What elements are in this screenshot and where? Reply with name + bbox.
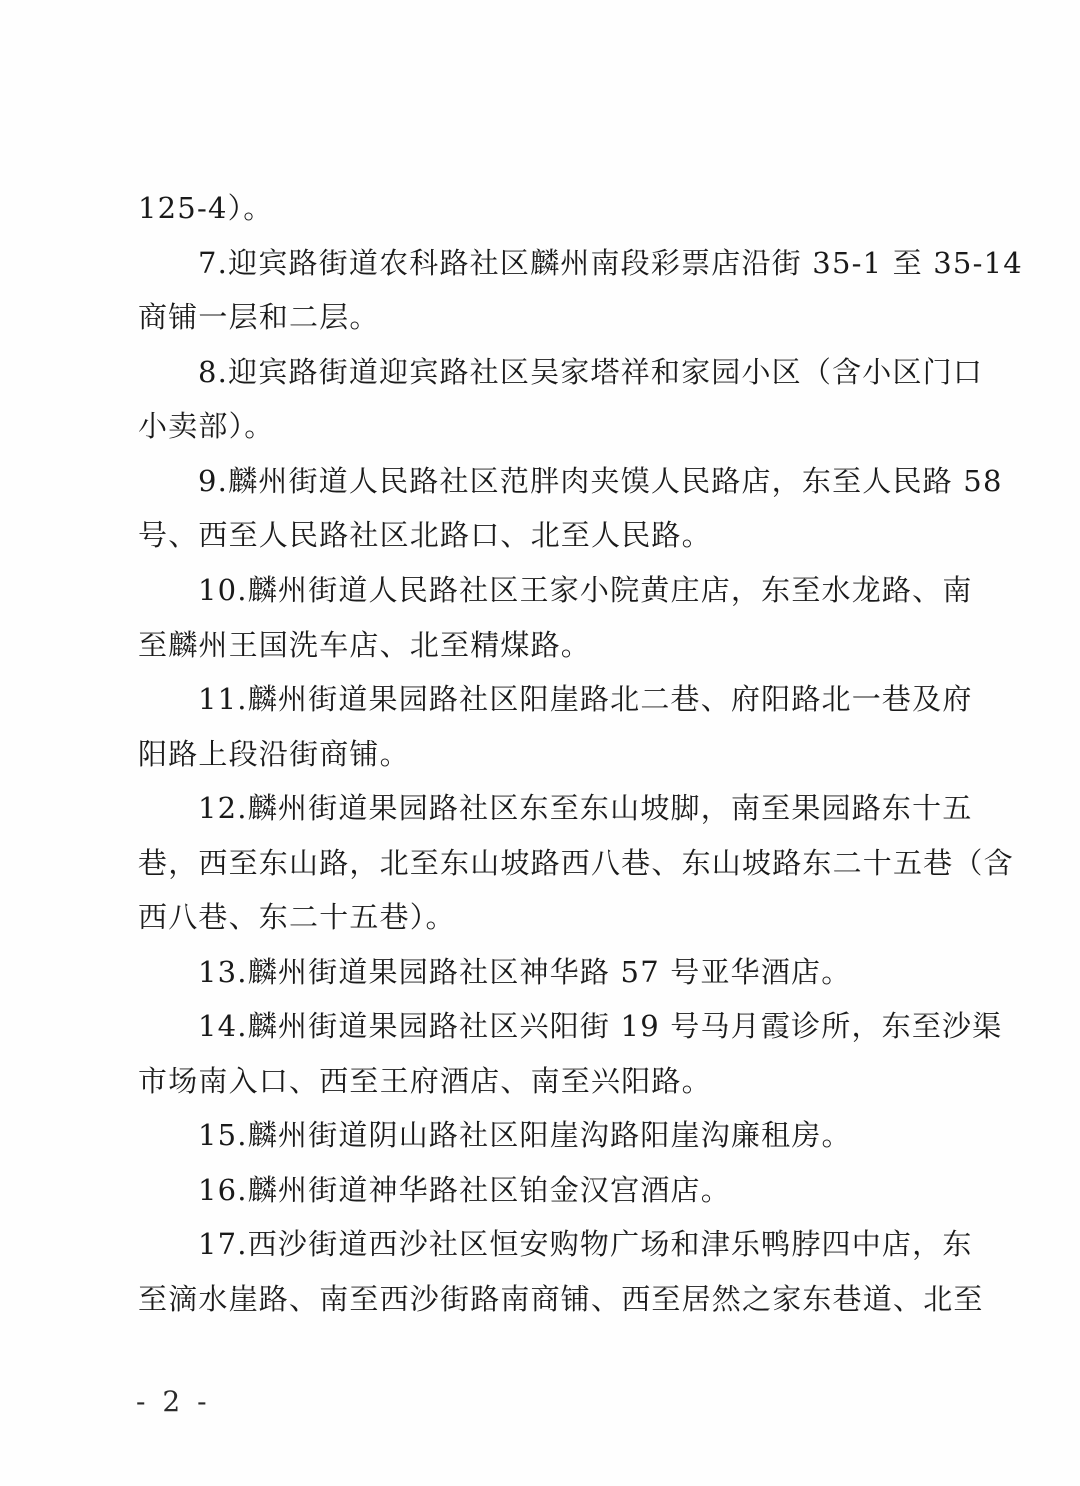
text-line-item14: 14.麟州街道果园路社区兴阳街 19 号马月霞诊所，东至沙渠 [198, 1008, 970, 1044]
text-line-item10: 10.麟州街道人民路社区王家小院黄庄店，东至水龙路、南 [198, 572, 970, 608]
text-line-item9: 9.麟州街道人民路社区范胖肉夹馍人民路店，东至人民路 58 [198, 463, 970, 499]
page-number: - 2 - [136, 1384, 211, 1420]
text-line-item15: 15.麟州街道阴山路社区阳崖沟路阳崖沟廉租房。 [198, 1117, 970, 1153]
text-line-item12: 12.麟州街道果园路社区东至东山坡脚，南至果园路东十五 [198, 790, 970, 826]
text-line-item8: 8.迎宾路街道迎宾路社区吴家塔祥和家园小区（含小区门口 [198, 354, 970, 390]
text-line-item17-cont: 至滴水崖路、南至西沙街路南商铺、西至居然之家东巷道、北至 [138, 1281, 970, 1317]
text-line-item11-cont: 阳路上段沿街商铺。 [138, 736, 970, 772]
text-line-item14-cont: 市场南入口、西至王府酒店、南至兴阳路。 [138, 1063, 970, 1099]
document-page: 125-4）。 7.迎宾路街道农科路社区麟州南段彩票店沿街 35-1 至 35-… [0, 0, 1080, 1486]
text-line-item6-end: 125-4）。 [138, 190, 970, 226]
text-line-item17: 17.西沙街道西沙社区恒安购物广场和津乐鸭脖四中店，东 [198, 1226, 970, 1262]
text-line-item12-cont: 巷，西至东山路，北至东山坡路西八巷、东山坡路东二十五巷（含 [138, 845, 970, 881]
text-line-item12-cont2: 西八巷、东二十五巷）。 [138, 899, 970, 935]
text-line-item9-cont: 号、西至人民路社区北路口、北至人民路。 [138, 517, 970, 553]
text-line-item13: 13.麟州街道果园路社区神华路 57 号亚华酒店。 [198, 954, 970, 990]
text-line-item7: 7.迎宾路街道农科路社区麟州南段彩票店沿街 35-1 至 35-14 [198, 245, 970, 281]
text-line-item7-cont: 商铺一层和二层。 [138, 299, 970, 335]
text-line-item11: 11.麟州街道果园路社区阳崖路北二巷、府阳路北一巷及府 [198, 681, 970, 717]
text-line-item16: 16.麟州街道神华路社区铂金汉宫酒店。 [198, 1172, 970, 1208]
text-line-item10-cont: 至麟州王国洗车店、北至精煤路。 [138, 627, 970, 663]
text-line-item8-cont: 小卖部）。 [138, 408, 970, 444]
